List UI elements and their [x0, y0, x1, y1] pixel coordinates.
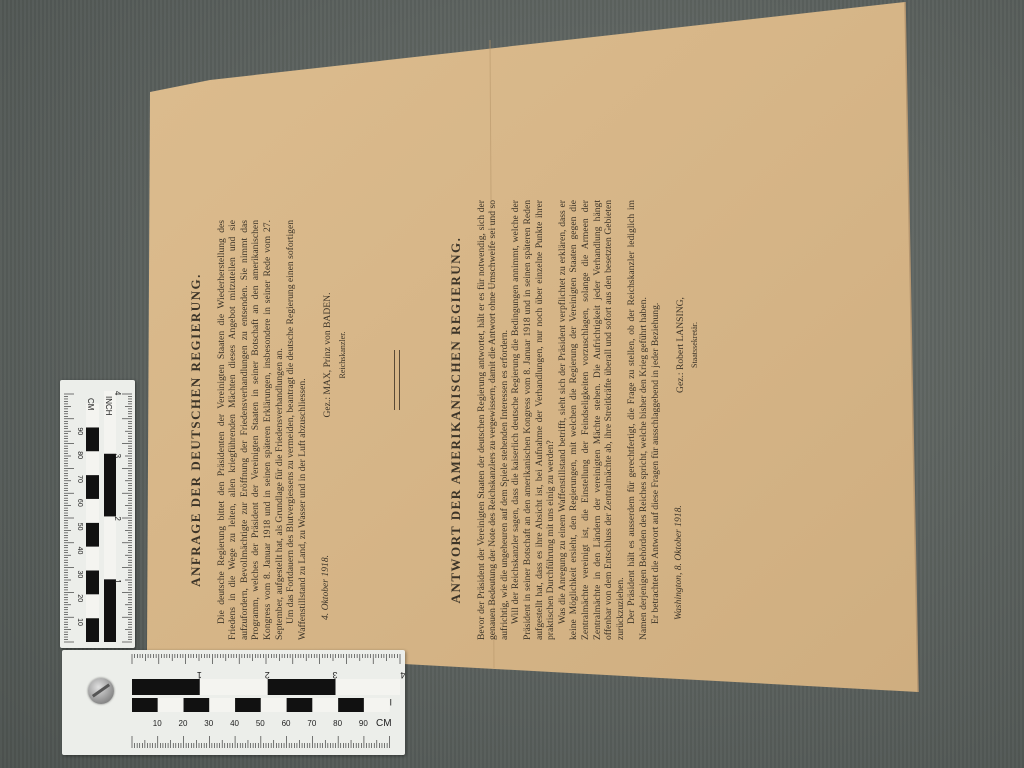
paragraph: Was die Anregung zu einem Waffenstillsta…: [557, 200, 627, 640]
vertical-scale-ruler: 102030405060708090CMINCH1234: [60, 380, 135, 648]
german-request-section: ANFRAGE DER DEUTSCHEN REGIERUNG. Die deu…: [190, 220, 348, 640]
svg-text:80: 80: [76, 451, 83, 459]
svg-text:50: 50: [76, 523, 83, 531]
svg-text:4: 4: [113, 391, 122, 396]
paragraph: Er betrachtet die Antwort auf diese Frag…: [650, 200, 662, 640]
svg-text:20: 20: [179, 719, 188, 728]
document-text: ANFRAGE DER DEUTSCHEN REGIERUNG. Die deu…: [150, 80, 910, 640]
svg-text:4: 4: [400, 670, 405, 680]
american-reply-section: ANTWORT DER AMERIKANISCHEN REGIERUNG. Be…: [450, 200, 701, 640]
horizontal-scale-ruler: 1234INCHCM102030405060708090: [62, 650, 405, 755]
svg-text:CM: CM: [376, 718, 392, 729]
svg-text:3: 3: [113, 454, 122, 459]
paragraph: Um das Fortdauern des Blutvergiessens zu…: [285, 220, 308, 640]
svg-text:CM: CM: [86, 398, 95, 411]
signature-title: Staatssekretär.: [689, 200, 701, 490]
svg-text:40: 40: [76, 547, 83, 555]
ruler-markings: 102030405060708090CMINCH1234: [60, 380, 135, 648]
svg-text:10: 10: [153, 719, 162, 728]
svg-text:1: 1: [197, 670, 202, 680]
double-rule-divider: [394, 350, 400, 410]
svg-text:70: 70: [76, 475, 83, 483]
svg-text:1: 1: [113, 579, 122, 584]
svg-text:60: 60: [282, 719, 291, 728]
svg-text:2: 2: [113, 516, 122, 521]
section-heading: ANTWORT DER AMERIKANISCHEN REGIERUNG.: [450, 200, 462, 640]
svg-text:2: 2: [265, 670, 270, 680]
paragraph: Bevor der Präsident der Vereinigten Staa…: [476, 200, 511, 640]
signature-name: Gez.: Robert LANSING,: [675, 297, 686, 393]
svg-text:10: 10: [76, 618, 83, 626]
screw-icon: [88, 678, 114, 704]
svg-text:INCH: INCH: [104, 396, 113, 416]
signature-title: Reichskanzler.: [337, 220, 349, 490]
svg-text:90: 90: [76, 427, 83, 435]
svg-text:30: 30: [204, 719, 213, 728]
svg-text:50: 50: [256, 719, 265, 728]
ruler-markings: 1234INCHCM102030405060708090: [62, 650, 405, 755]
svg-text:3: 3: [333, 670, 338, 680]
svg-text:70: 70: [307, 719, 316, 728]
svg-text:40: 40: [230, 719, 239, 728]
paragraph: Die deutsche Regierung bittet den Präsid…: [216, 220, 286, 640]
svg-text:90: 90: [359, 719, 368, 728]
svg-text:60: 60: [76, 499, 83, 507]
signature-name: Gez.: MAX, Prinz von BADEN.: [322, 293, 333, 418]
svg-text:30: 30: [76, 570, 83, 578]
svg-text:80: 80: [333, 719, 342, 728]
paragraph: Der Präsident hält es ausserdem für gere…: [626, 200, 649, 640]
section-heading: ANFRAGE DER DEUTSCHEN REGIERUNG.: [190, 220, 202, 640]
svg-text:20: 20: [76, 594, 83, 602]
paragraph: Will der Reichskanzler sagen, dass die k…: [510, 200, 556, 640]
